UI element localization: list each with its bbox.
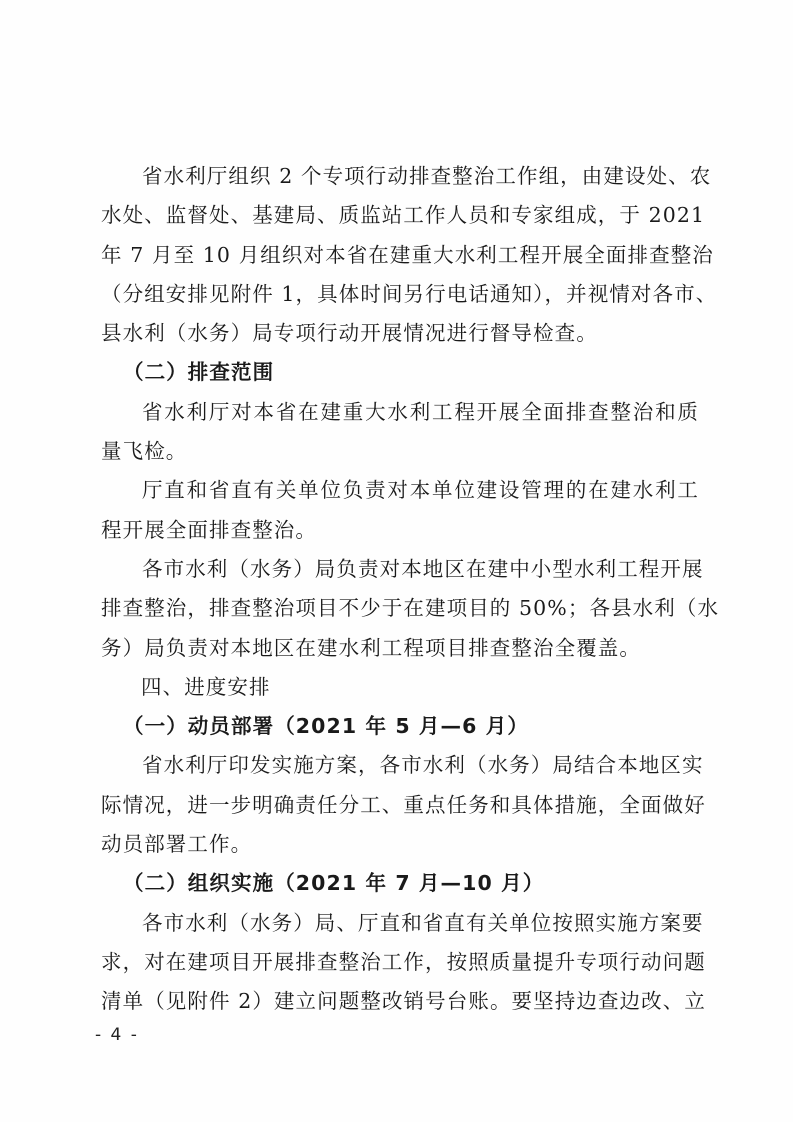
paragraph-line: 省水利厅组织 2 个专项行动排查整治工作组，由建设处、农: [101, 157, 699, 196]
paragraph-line: （分组安排见附件 1，具体时间另行电话通知），并视情对各市、: [101, 275, 699, 314]
paragraph-line: 省水利厅印发实施方案，各市水利（水务）局结合本地区实: [101, 746, 699, 785]
paragraph-line: 各市水利（水务）局负责对本地区在建中小型水利工程开展: [101, 550, 699, 589]
paragraph-line: 厅直和省直有关单位负责对本单位建设管理的在建水利工: [101, 471, 699, 510]
page-number: - 4 -: [95, 1025, 139, 1045]
section-heading-mobilization: （一）动员部署（2021 年 5 月—6 月）: [101, 707, 699, 746]
section-heading-scope: （二）排查范围: [101, 353, 699, 392]
paragraph-line: 各市水利（水务）局、厅直和省直有关单位按照实施方案要: [101, 904, 699, 943]
section-heading-implementation: （二）组织实施（2021 年 7 月—10 月）: [101, 864, 699, 903]
section-heading-schedule: 四、进度安排: [101, 668, 699, 707]
paragraph-line: 务）局负责对本地区在建水利工程项目排查整治全覆盖。: [101, 629, 699, 668]
paragraph-line: 际情况，进一步明确责任分工、重点任务和具体措施，全面做好: [101, 786, 699, 825]
paragraph-line: 动员部署工作。: [101, 825, 699, 864]
document-body: 省水利厅组织 2 个专项行动排查整治工作组，由建设处、农 水处、监督处、基建局、…: [101, 157, 699, 1022]
paragraph-line: 排查整治，排查整治项目不少于在建项目的 50%；各县水利（水: [101, 589, 699, 628]
paragraph-line: 水处、监督处、基建局、质监站工作人员和专家组成，于 2021: [101, 196, 699, 235]
paragraph-line: 程开展全面排查整治。: [101, 511, 699, 550]
paragraph-line: 清单（见附件 2）建立问题整改销号台账。要坚持边查边改、立: [101, 982, 699, 1021]
paragraph-line: 年 7 月至 10 月组织对本省在建重大水利工程开展全面排查整治: [101, 236, 699, 275]
document-page: 省水利厅组织 2 个专项行动排查整治工作组，由建设处、农 水处、监督处、基建局、…: [0, 0, 793, 1122]
paragraph-line: 量飞检。: [101, 432, 699, 471]
paragraph-line: 省水利厅对本省在建重大水利工程开展全面排查整治和质: [101, 393, 699, 432]
paragraph-line: 县水利（水务）局专项行动开展情况进行督导检查。: [101, 314, 699, 353]
paragraph-line: 求，对在建项目开展排查整治工作，按照质量提升专项行动问题: [101, 943, 699, 982]
